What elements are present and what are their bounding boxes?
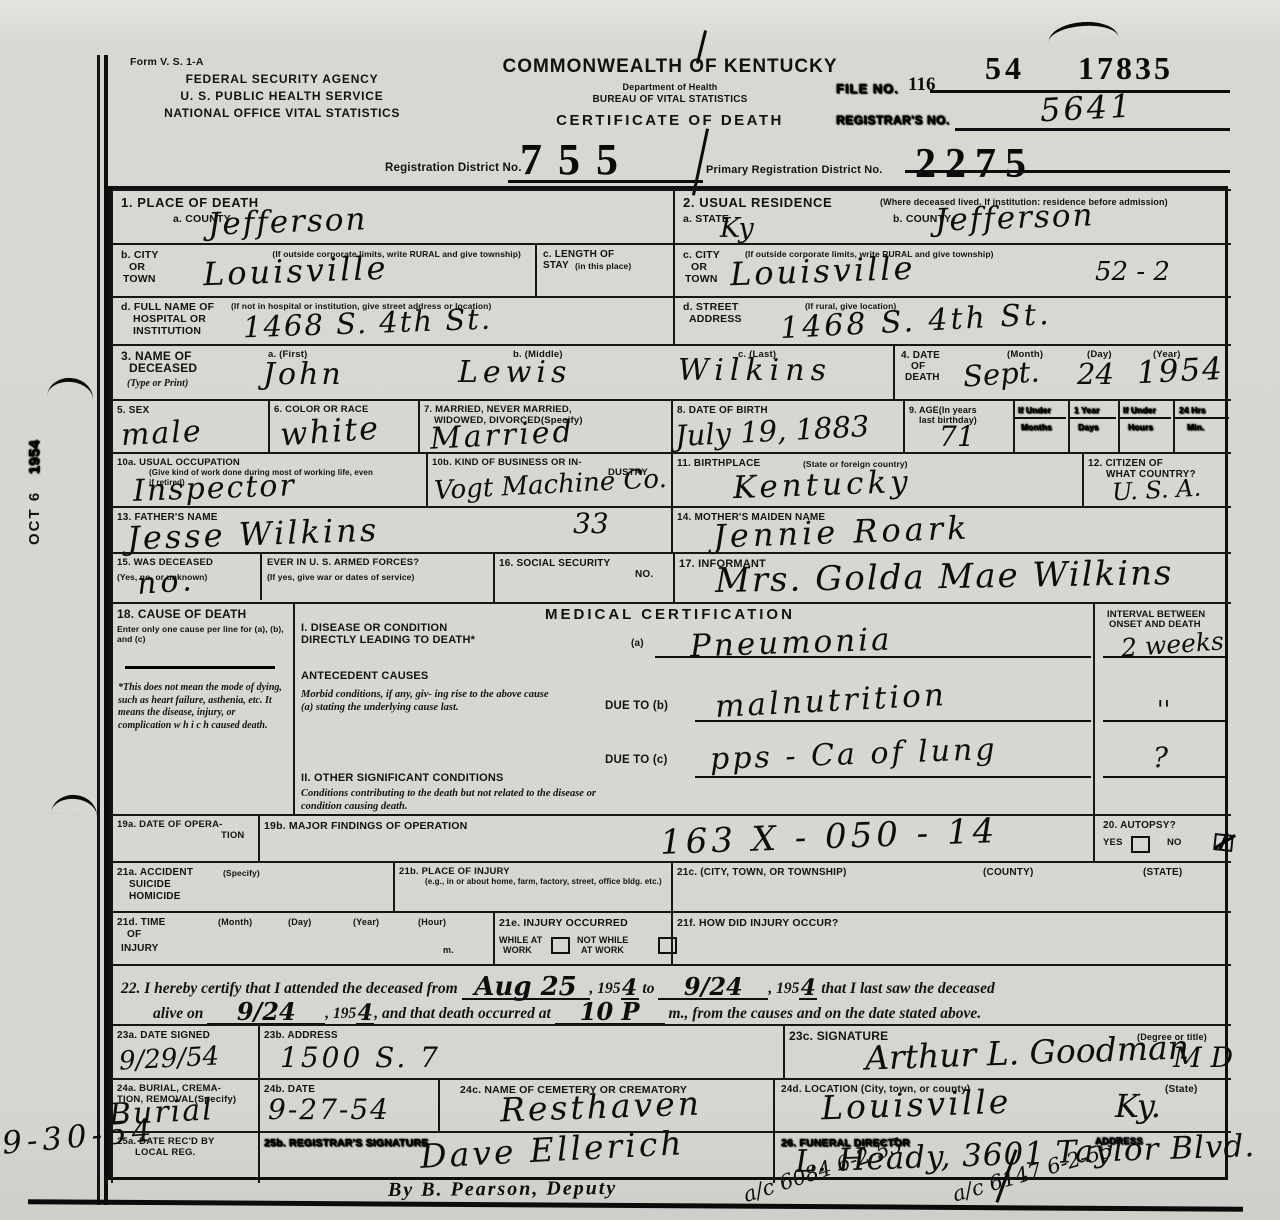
scan-edge [28, 1199, 1243, 1211]
divider [1175, 417, 1229, 419]
sex-value: male [120, 417, 203, 451]
business-label: 10b. KIND OF BUSINESS OR IN- [432, 458, 582, 469]
autopsy-no-checkbox [1214, 833, 1235, 852]
father-value: Jesse Wilkins [127, 514, 380, 555]
interval-b-line [1103, 720, 1225, 722]
divider [1015, 417, 1066, 419]
degree-value: M D [1173, 1044, 1233, 1072]
residence-city-value: Louisville [729, 252, 916, 290]
injury-how-label: 21f. HOW DID INJURY OCCUR? [677, 917, 839, 929]
divider [1120, 417, 1171, 419]
accident-note: (Specify) [223, 868, 260, 878]
field-name-of-deceased: 3. NAME OF DECEASED (Type or Print) a. (… [111, 344, 893, 399]
field-father-name: 13. FATHER'S NAME Jesse Wilkins 33 [111, 506, 671, 552]
mother-value: Jennie Roark [713, 512, 971, 553]
agency-line: NATIONAL OFFICE VITAL STATISTICS [112, 107, 452, 121]
agency-block: FEDERAL SECURITY AGENCY U. S. PUBLIC HEA… [112, 73, 452, 120]
injury-occ-w2b: AT WORK [581, 945, 624, 956]
residence-city-town: TOWN [685, 273, 718, 285]
father-margin-number: 33 [573, 510, 609, 538]
injury-m-label: m. [443, 945, 454, 955]
stay-label2: STAY [543, 260, 569, 272]
divider [675, 296, 1231, 298]
form-number: Form V. S. 1-A [130, 56, 204, 68]
bureau-line: BUREAU OF VITAL STATISTICS [450, 94, 890, 106]
certify-year3-value: 4 [358, 1002, 373, 1024]
field-occupation: 10a. USUAL OCCUPATION (Give kind of work… [111, 452, 426, 506]
field-business: 10b. KIND OF BUSINESS OR IN- DUSTRY Vogt… [426, 452, 671, 506]
name-first-value: John [263, 360, 344, 390]
field-sex: 5. SEX male [111, 399, 268, 452]
field-injury-occurred: 21e. INJURY OCCURRED WHILE AT WORK NOT W… [493, 911, 671, 964]
due-to-c-line [695, 776, 1091, 778]
certify-line1: 22. I hereby certify that I attended the… [121, 972, 995, 1000]
field-how-injury-occurred: 21f. HOW DID INJURY OCCUR? [671, 911, 1231, 964]
registrar-signature-label: 25b. REGISTRAR'S SIGNATURE [264, 1137, 428, 1149]
name-title2: DECEASED [129, 362, 197, 376]
certify-text: alive on [153, 1005, 203, 1022]
divider [1070, 417, 1116, 419]
agency-line: U. S. PUBLIC HEALTH SERVICE [112, 90, 452, 104]
age-col-top: 24 Hrs [1179, 405, 1206, 415]
field-cause-of-death: 18. CAUSE OF DEATH Enter only one cause … [111, 602, 293, 814]
certificate-number: 17835 [1078, 50, 1173, 87]
injury-year-label: (Year) [353, 917, 379, 927]
certify-year3-blank: 4 [356, 1000, 374, 1025]
certify-text: that I last saw the deceased [821, 980, 995, 997]
place-city-label: b. CITY [121, 249, 159, 261]
other-conditions-note: Conditions contributing to the death but… [301, 787, 601, 813]
reg-district-line [508, 180, 703, 183]
registrar-no-label: REGISTRAR'S NO. [836, 114, 950, 128]
title-block: COMMONWEALTH OF KENTUCKY Department of H… [450, 56, 890, 129]
field-date-of-birth: 8. DATE OF BIRTH July 19, 1883 [671, 399, 903, 452]
field-age: 9. AGE(In years last birthday) 71 [903, 399, 1013, 452]
date-signed-label: 23a. DATE SIGNED [117, 1030, 210, 1042]
received-stamp-date: OCT 6 [26, 491, 43, 545]
findings-label: 19b. MAJOR FINDINGS OF OPERATION [264, 820, 467, 832]
armed-value: no. [136, 566, 196, 600]
field-injury-city: 21c. (CITY, TOWN, OR TOWNSHIP) (COUNTY) … [671, 861, 1231, 911]
birthplace-value: Kentucky [733, 467, 913, 504]
birth-value: July 19, 1883 [674, 412, 870, 451]
field-age-under24h-hours: If Under Hours [1118, 399, 1173, 452]
agency-line: FEDERAL SECURITY AGENCY [112, 73, 452, 87]
age-col-bottom: Days [1078, 422, 1099, 432]
field-date-received: 25a. DATE REC'D BY LOCAL REG. [111, 1131, 258, 1183]
residence-ward-value: 52 - 2 [1095, 259, 1170, 285]
age-value: 71 [939, 423, 975, 451]
stay-label: c. LENGTH OF [543, 249, 614, 261]
pen-mark [47, 376, 95, 401]
date-received-label2: LOCAL REG. [135, 1148, 195, 1159]
field-burial-type: 24a. BURIAL, CREMA- TION, REMOVAL(Specif… [111, 1078, 258, 1131]
stay-note: (in this place) [575, 261, 631, 271]
field-length-of-stay: c. LENGTH OF STAY (in this place) [535, 243, 675, 296]
accident-label3: HOMICIDE [129, 891, 181, 903]
due-to-c-value: pps - Ca of lung [710, 735, 998, 775]
field-place-of-death: 1. PLACE OF DEATH a. COUNTY Jefferson b.… [111, 189, 673, 344]
interval-c-value: ? [1153, 744, 1168, 772]
field-physician-address: 23b. ADDRESS 1500 S. 7 [258, 1024, 783, 1078]
cause-title: 18. CAUSE OF DEATH [117, 608, 246, 622]
cemetery-value: Resthaven [499, 1086, 702, 1126]
dod-month-value: Sept. [962, 357, 1040, 391]
morbid-note: Morbid conditions, if any, giv- ing rise… [301, 688, 551, 714]
interval-a-line [1103, 656, 1225, 658]
place-city-or: OR [129, 261, 145, 273]
divider [113, 296, 673, 298]
age-col-bottom: Months [1021, 422, 1052, 432]
place-county-value: Jefferson [208, 204, 368, 241]
injury-state-label: (STATE) [1143, 867, 1182, 879]
residence-state-value: Ky [720, 215, 754, 242]
physician-address-value: 1500 S. 7 [280, 1044, 441, 1072]
certify-from-blank: Aug 25 [462, 972, 590, 1000]
residence-city-label: c. CITY [683, 249, 720, 261]
field-age-under24h-min: 24 Hrs Min. [1173, 399, 1231, 452]
race-value: white [279, 412, 381, 451]
disease-label1: I. DISEASE OR CONDITION [301, 622, 447, 635]
injury-city-label: 21c. (CITY, TOWN, OR TOWNSHIP) [677, 867, 847, 879]
age-col-bottom: Hours [1128, 422, 1153, 432]
citizen-value: U. S. A. [1111, 476, 1201, 505]
autopsy-yes-label: YES [1103, 838, 1123, 849]
primary-district-line [905, 170, 1230, 173]
burial-date-value: 9-27-54 [268, 1096, 390, 1124]
certify-line2: alive on 9/24, 1954, and that death occu… [153, 998, 981, 1025]
field-medical-certification: MEDICAL CERTIFICATION I. DISEASE OR COND… [293, 602, 1093, 814]
occupation-value: Inspector [133, 471, 297, 507]
residence-street-label1: d. STREET [683, 301, 738, 313]
age-col-top: If Under [1018, 405, 1051, 415]
business-value: Vogt Machine Co. [433, 466, 667, 504]
dod-label3: DEATH [905, 372, 940, 384]
field-age-under1yr-months: If Under Months [1013, 399, 1068, 452]
disease-a-tag: (a) [631, 638, 644, 650]
place-hospital-label3: INSTITUTION [133, 325, 201, 337]
birthplace-label: 11. BIRTHPLACE [677, 458, 760, 470]
field-armed-forces: 15. WAS DECEASED (Yes, no, or unknown) E… [111, 552, 493, 602]
interval-b-value: '' [1157, 698, 1170, 722]
place-city-value: Louisville [202, 252, 389, 290]
field-time-of-injury: 21d. TIME OF INJURY (Month) (Day) (Year)… [111, 911, 493, 964]
field-age-under1yr-days: 1 Year Days [1068, 399, 1118, 452]
operation-label2: TION [221, 831, 245, 842]
accident-label2: SUICIDE [129, 879, 171, 891]
sex-label: 5. SEX [117, 405, 149, 417]
ssn-label2: NO. [635, 569, 653, 581]
file-no-label: FILE NO. [836, 82, 899, 97]
armed-note2: (If yes, give war or dates of service) [267, 572, 414, 582]
burial-value: Burial [108, 1095, 214, 1130]
cause-footnote: *This does not mean the mode of dying, s… [118, 682, 288, 732]
dod-day-value: 24 [1077, 360, 1114, 389]
injury-time-label1: 21d. TIME [117, 917, 165, 929]
primary-district-label: Primary Registration District No. [706, 164, 883, 177]
certificate-title: CERTIFICATE OF DEATH [450, 112, 890, 129]
certify-hour-value: 10 P [580, 1000, 640, 1024]
reg-district-label: Registration District No. [385, 162, 522, 175]
certify-to-value: 9/24 [684, 975, 743, 999]
ssn-label1: 16. SOCIAL SECURITY [499, 558, 610, 570]
field-date-of-operation: 19a. DATE OF OPERA- TION [111, 814, 258, 861]
certify-text: m., from the causes and on the date stat… [669, 1005, 982, 1022]
dod-label1: 4. DATE [901, 350, 940, 362]
place-hospital-value: 1468 S. 4th St. [243, 305, 493, 343]
certify-alive-value: 9/24 [237, 1000, 296, 1024]
field-physician-signature: 23c. SIGNATURE Arthur L. Goodman (Degree… [783, 1024, 1231, 1078]
burial-location-state-value: Ky. [1115, 1090, 1161, 1122]
injury-day-label: (Day) [288, 917, 312, 927]
certify-text: 22. I hereby certify that I attended the… [121, 980, 458, 997]
operation-label1: 19a. DATE OF OPERA- [117, 820, 223, 831]
field-date-of-death: 4. DATE OF DEATH (Month) (Day) (Year) Se… [893, 344, 1231, 399]
residence-street-label2: ADDRESS [689, 313, 742, 325]
field-informant: 17. INFORMANT Mrs. Golda Mae Wilkins [673, 552, 1231, 602]
field-accident-suicide-homicide: 21a. ACCIDENT (Specify) SUICIDE HOMICIDE [111, 861, 393, 911]
age-col-top: 1 Year [1074, 405, 1100, 415]
field-interval: INTERVAL BETWEEN ONSET AND DEATH 2 weeks… [1093, 602, 1231, 814]
certify-year2-blank: 4 [799, 975, 817, 1000]
field-usual-residence: 2. USUAL RESIDENCE (Where deceased lived… [673, 189, 1231, 344]
burial-location-state-label: (State) [1165, 1084, 1198, 1096]
registrar-no-line [955, 128, 1230, 131]
field-cemetery: 24c. NAME OF CEMETERY OR CREMATORY Resth… [438, 1078, 773, 1131]
physician-address-label: 23b. ADDRESS [264, 1030, 338, 1042]
injury-occ-w1b: WORK [503, 945, 532, 956]
field-marital-status: 7. MARRIED, NEVER MARRIED, WIDOWED, DIVO… [418, 399, 671, 452]
autopsy-no-label: NO [1167, 838, 1182, 849]
place-city-town: TOWN [123, 273, 156, 285]
death-certificate-scan: Form V. S. 1-A FEDERAL SECURITY AGENCY U… [0, 0, 1280, 1220]
field-autopsy: 20. AUTOPSY? YES NO [1093, 814, 1231, 861]
certify-from-value: Aug 25 [474, 974, 577, 1000]
divider [675, 243, 1231, 245]
certify-text: to [642, 980, 654, 997]
residence-title: 2. USUAL RESIDENCE [683, 195, 832, 210]
place-hospital-label2: HOSPITAL OR [133, 313, 206, 325]
rule [125, 666, 275, 669]
certify-text: , and that death occurred at [374, 1005, 551, 1022]
certify-year2-value: 4 [801, 977, 816, 999]
medical-title: MEDICAL CERTIFICATION [545, 606, 795, 623]
name-title3: (Type or Print) [127, 378, 188, 391]
deputy-stamp: By B. Pearson, Deputy [388, 1177, 617, 1202]
age-col-bottom: Min. [1187, 422, 1204, 432]
armed-label2: EVER IN U. S. ARMED FORCES? [267, 558, 419, 569]
primary-district-value: 2275 [915, 140, 1035, 188]
field-birthplace: 11. BIRTHPLACE (State or foreign country… [671, 452, 1082, 506]
dod-label2: OF [911, 361, 925, 373]
pen-mark [1047, 20, 1118, 43]
field-color-or-race: 6. COLOR OR RACE white [268, 399, 418, 452]
registrar-signature-value: Dave Ellerich [419, 1126, 685, 1173]
date-signed-value: 9/29/54 [118, 1043, 219, 1074]
disease-label2: DIRECTLY LEADING TO DEATH* [301, 634, 475, 647]
injury-place-note: (e.g., in or about home, farm, factory, … [425, 877, 665, 887]
field-certify-statement: 22. I hereby certify that I attended the… [111, 964, 1231, 1024]
age-col-top: If Under [1123, 405, 1156, 415]
interval-c-line [1103, 776, 1225, 778]
commonwealth-title: COMMONWEALTH OF KENTUCKY [450, 56, 890, 78]
findings-value: 163 X - 050 - 14 [660, 814, 999, 860]
injury-month-label: (Month) [218, 917, 252, 927]
field-ssn: 16. SOCIAL SECURITY NO. [493, 552, 673, 602]
other-conditions-label: II. OTHER SIGNIFICANT CONDITIONS [301, 772, 504, 785]
injury-time-label3: INJURY [121, 943, 159, 955]
autopsy-yes-checkbox [1131, 836, 1150, 853]
divider [260, 554, 262, 600]
autopsy-label: 20. AUTOPSY? [1103, 820, 1176, 832]
antecedent-label: ANTECEDENT CAUSES [301, 670, 428, 683]
received-stamp-year: 1954 [26, 440, 43, 474]
certify-text: , 195 [590, 980, 621, 997]
cause-note: Enter only one cause per line for (a), (… [117, 624, 285, 644]
residence-county-value: Jefferson [935, 200, 1095, 237]
informant-value: Mrs. Golda Mae Wilkins [715, 556, 1174, 598]
due-to-b-tag: DUE TO (b) [605, 700, 668, 713]
form-grid: 1. PLACE OF DEATH a. COUNTY Jefferson b.… [108, 186, 1228, 1180]
certify-text: , 195 [768, 980, 799, 997]
citizen-label1: 12. CITIZEN OF [1088, 458, 1163, 470]
field-mother-name: 14. MOTHER'S MAIDEN NAME Jennie Roark [671, 506, 1231, 552]
injury-occ-label: 21e. INJURY OCCURRED [499, 917, 628, 929]
certify-year-value: 4 [622, 977, 637, 999]
certify-alive-blank: 9/24 [207, 998, 325, 1025]
burial-location-value: Louisville [820, 1085, 1011, 1125]
name-last-value: Wilkins [678, 356, 832, 386]
certify-hour-blank: 10 P [555, 998, 665, 1025]
field-burial-location: 24d. LOCATION (City, town, or county) (S… [773, 1078, 1231, 1131]
marital-value: Married [429, 417, 575, 455]
field-major-findings: 19b. MAJOR FINDINGS OF OPERATION 163 X -… [258, 814, 1093, 861]
due-to-c-tag: DUE TO (c) [605, 754, 668, 767]
certificate-number-year: 54 [985, 50, 1025, 87]
department-line: Department of Health [450, 82, 890, 92]
registrar-no-value: 5641 [1039, 90, 1134, 127]
due-to-b-value: malnutrition [714, 680, 947, 723]
certify-to-blank: 9/24 [658, 973, 768, 1000]
accident-label1: 21a. ACCIDENT [117, 867, 193, 879]
injury-hour-label: (Hour) [418, 917, 446, 927]
received-stamp: OCT 6 1954 [26, 440, 44, 545]
disease-a-value: Pneumonia [690, 624, 894, 662]
field-place-of-injury: 21b. PLACE OF INJURY (e.g., in or about … [393, 861, 671, 911]
certify-text: , 195 [325, 1005, 356, 1022]
residence-city-or: OR [691, 261, 707, 273]
field-registrar-signature: 25b. REGISTRAR'S SIGNATURE Dave Ellerich [258, 1131, 773, 1183]
injury-time-label2: OF [127, 929, 141, 941]
while-at-work-checkbox [551, 937, 570, 954]
field-citizen: 12. CITIZEN OF WHAT COUNTRY? U. S. A. [1082, 452, 1231, 506]
place-hospital-label1: d. FULL NAME OF [121, 301, 214, 313]
injury-county-label: (COUNTY) [983, 867, 1033, 879]
page-edge-line [97, 55, 100, 1205]
field-date-signed: 23a. DATE SIGNED 9/29/54 [111, 1024, 258, 1078]
name-middle-value: Lewis [458, 358, 571, 388]
field-burial-date: 24b. DATE 9-27-54 [258, 1078, 438, 1131]
pen-mark [51, 793, 99, 818]
dod-year-value: 1954 [1136, 354, 1224, 390]
reg-district-value: 755 [520, 134, 634, 185]
